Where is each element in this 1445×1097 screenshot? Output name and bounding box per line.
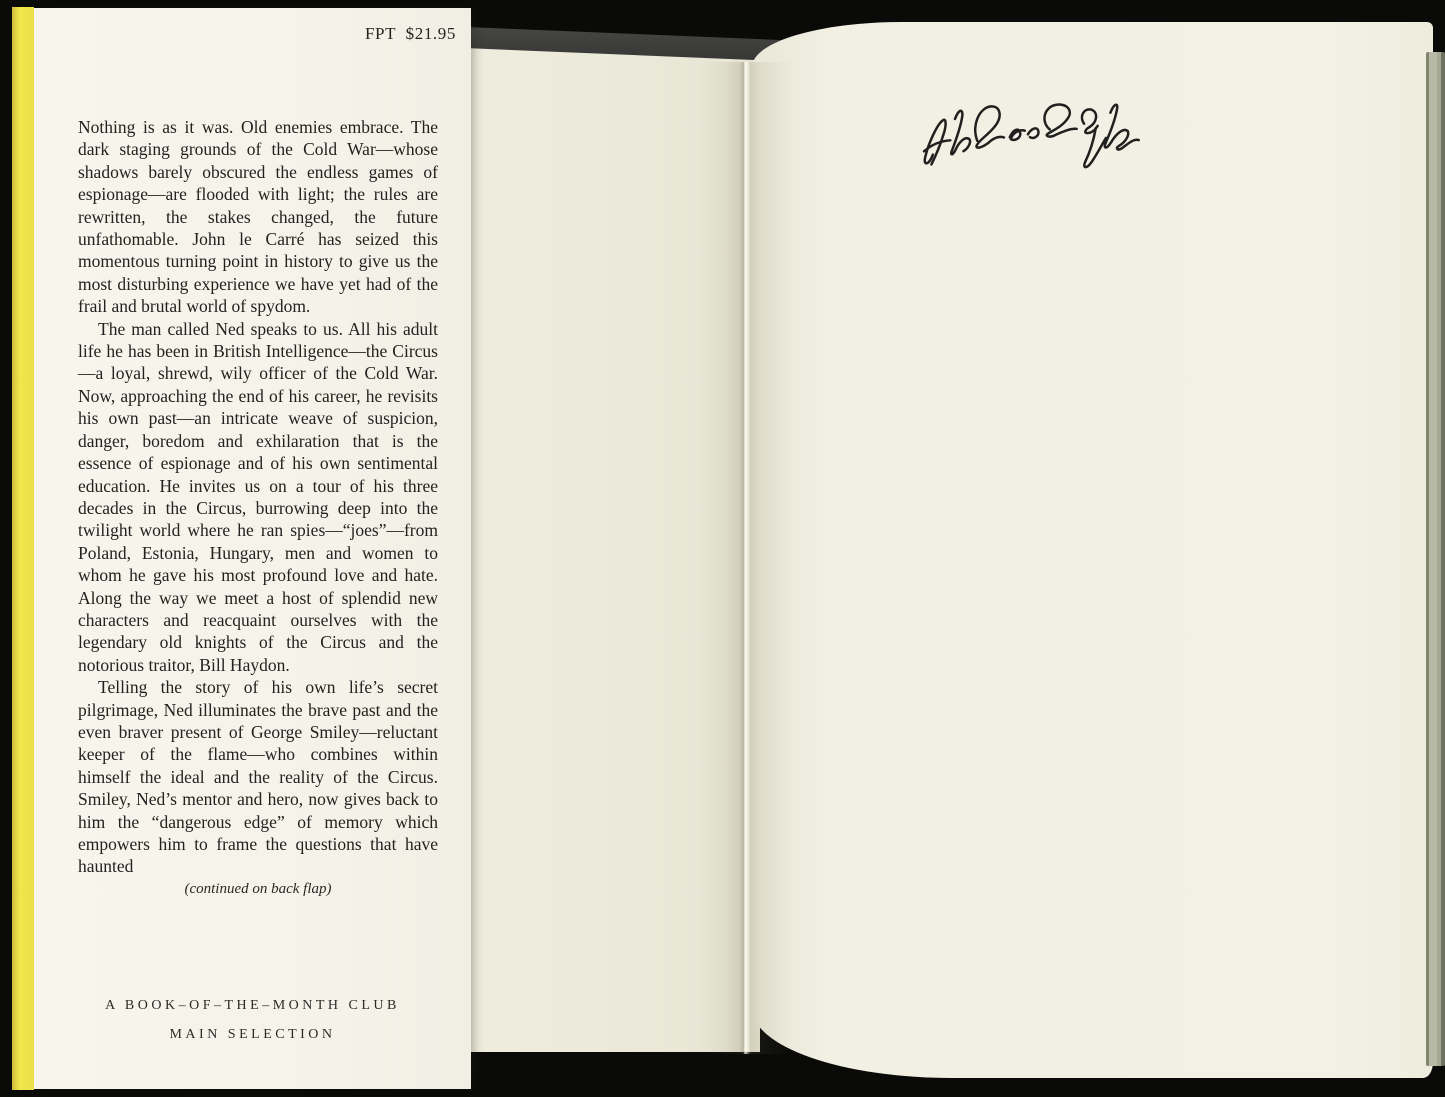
- left-page-under-flap: [458, 44, 760, 1052]
- flap-paragraph: Telling the story of his own life’s secr…: [78, 676, 438, 878]
- continued-on-back-flap-note: (continued on back flap): [78, 878, 438, 900]
- book-of-the-month-club-line: A BOOK–OF–THE–MONTH CLUB: [34, 998, 471, 1014]
- flap-paragraph: The man called Ned speaks to us. All his…: [78, 318, 438, 677]
- flap-paragraph: Nothing is as it was. Old enemies embrac…: [78, 116, 438, 318]
- dust-jacket-front-flap: FPT $21.95 Nothing is as it was. Old ene…: [34, 8, 471, 1089]
- page-block-fore-edge: [1426, 52, 1445, 1066]
- flap-text-block: Nothing is as it was. Old enemies embrac…: [78, 116, 438, 900]
- price-label: FPT $21.95: [365, 24, 456, 44]
- right-endpaper-page: [752, 22, 1433, 1078]
- author-signature: [903, 82, 1147, 186]
- main-selection-line: MAIN SELECTION: [34, 1027, 471, 1043]
- jacket-spine-yellow-edge: [12, 7, 34, 1090]
- book-photograph: FPT $21.95 Nothing is as it was. Old ene…: [0, 0, 1445, 1097]
